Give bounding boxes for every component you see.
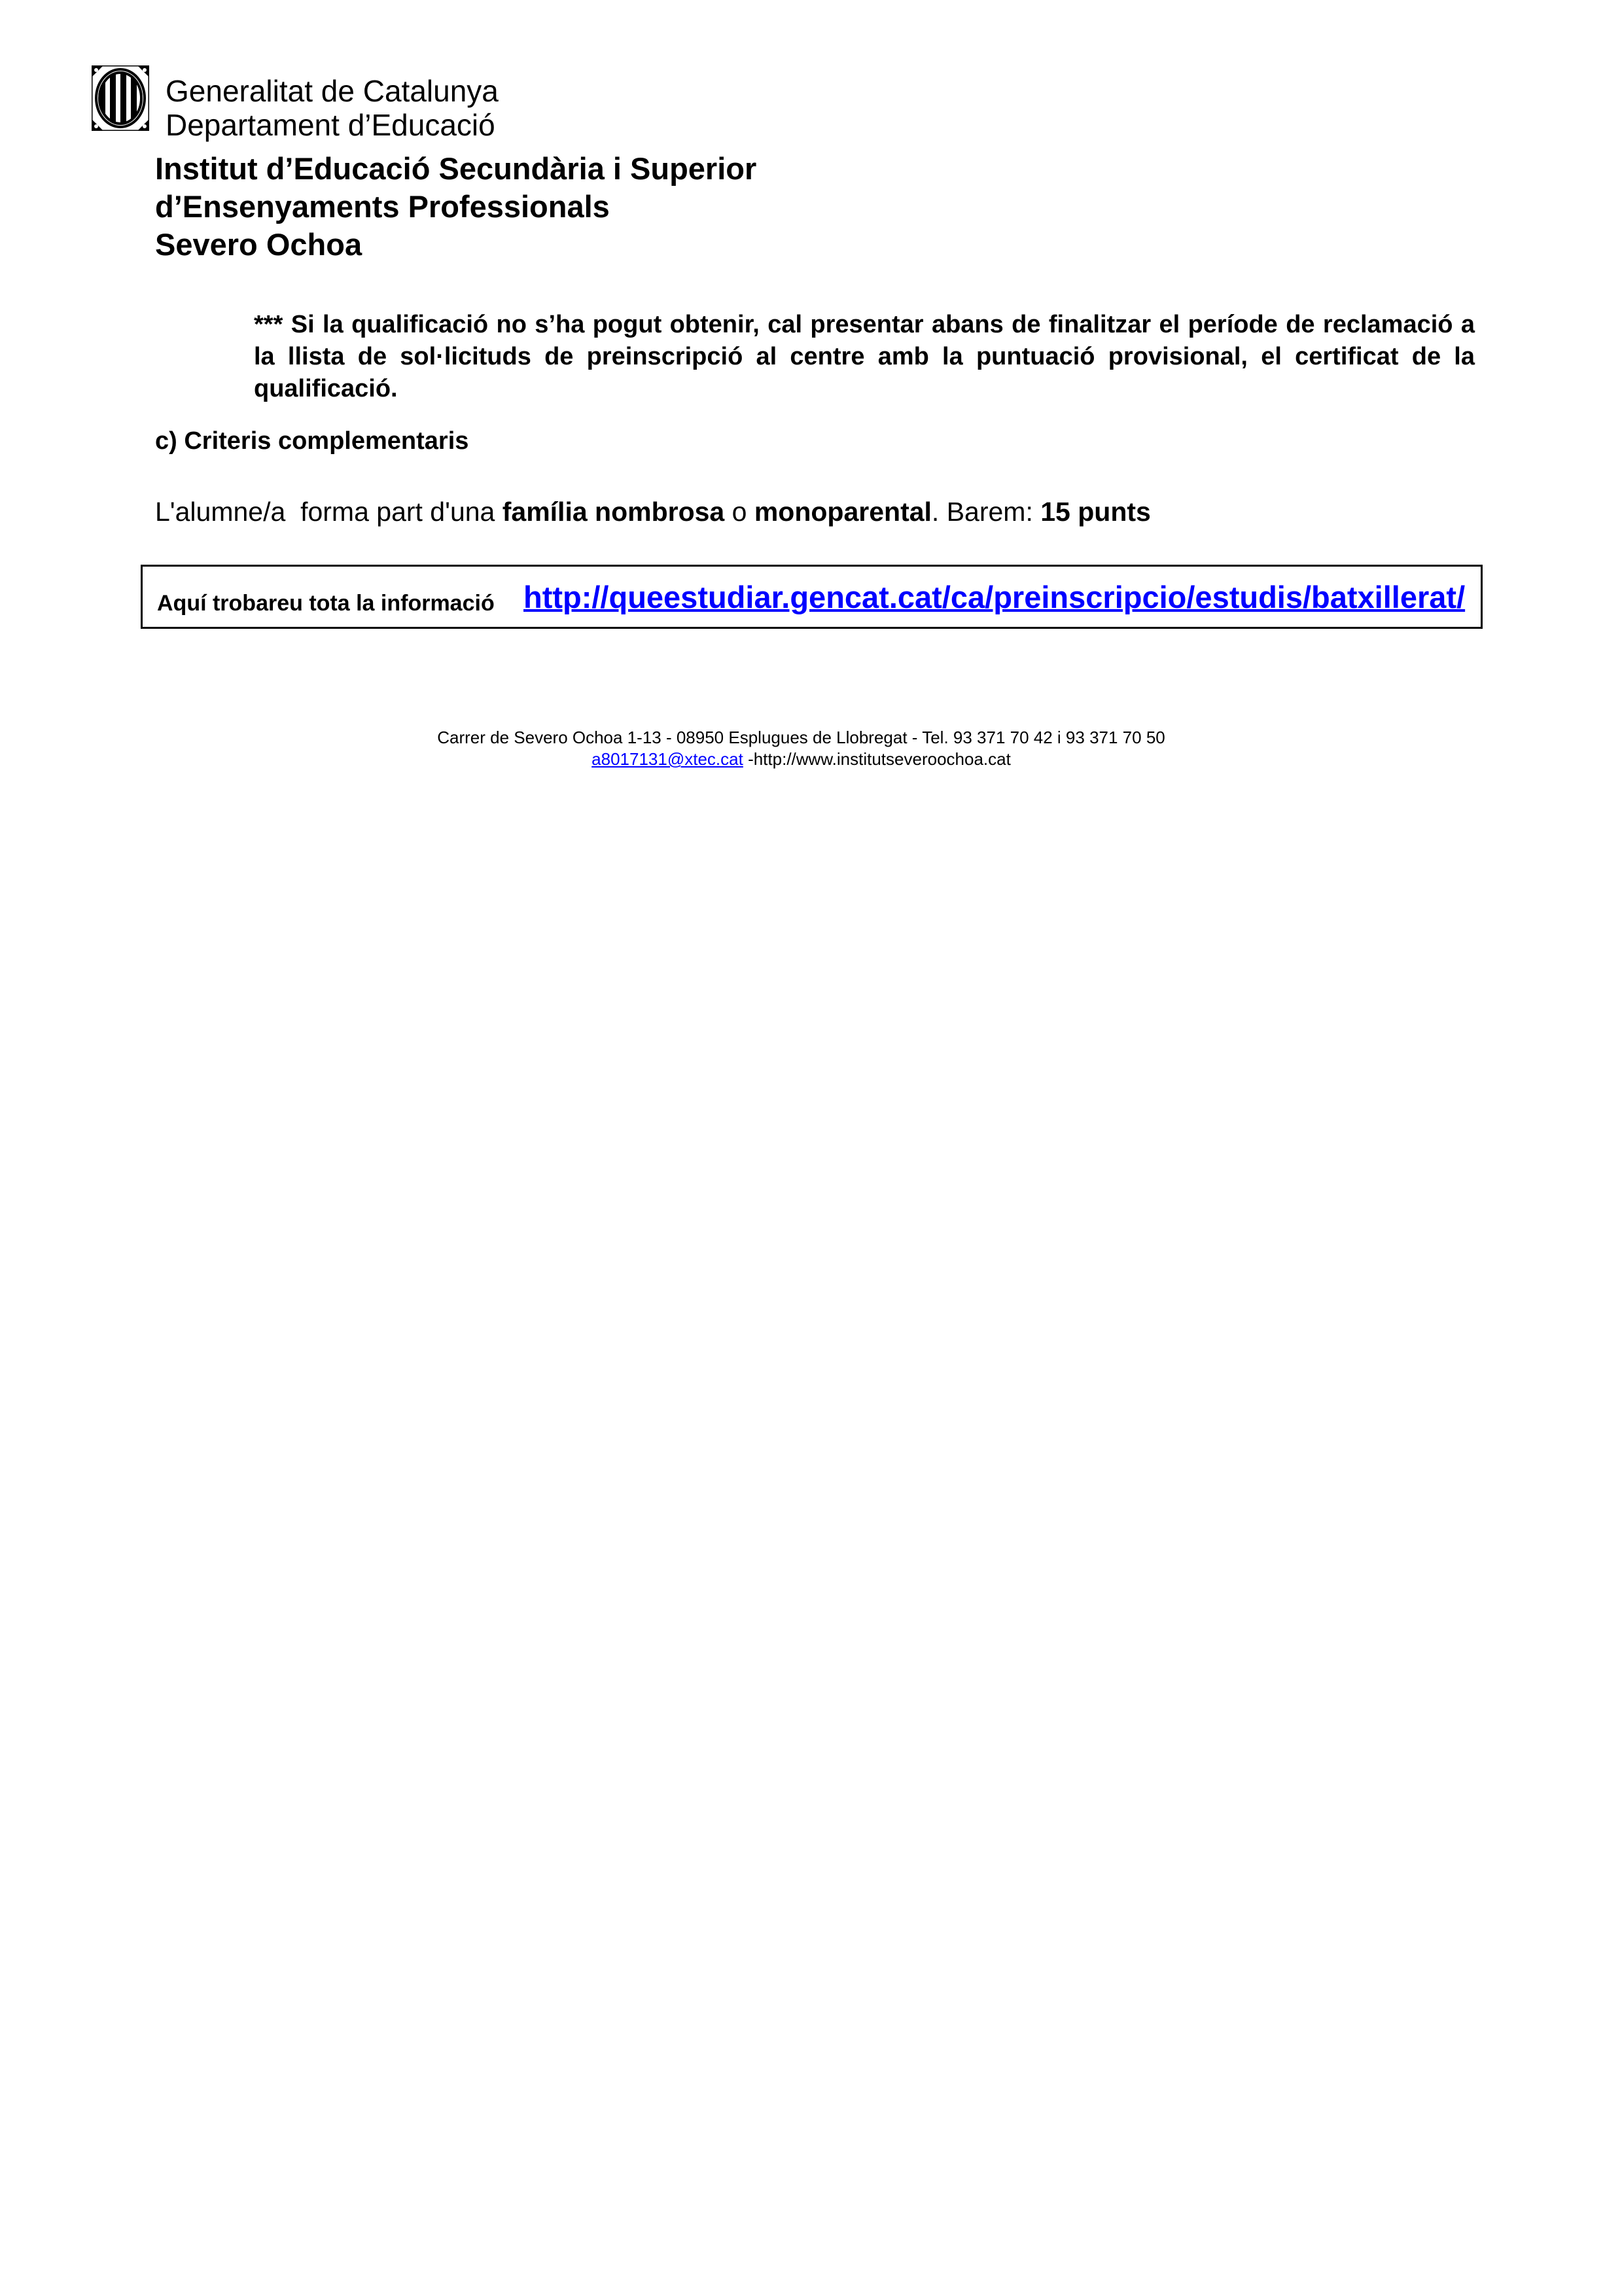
school-name-line: d’Ensenyaments Professionals: [155, 188, 756, 226]
footer-website: -http://www.institutseveroochoa.cat: [743, 749, 1011, 769]
info-box: Aquí trobareu tota la informació http://…: [141, 565, 1483, 629]
complementary-criterion: L'alumne/a forma part d'una família nomb…: [155, 495, 1151, 528]
government-name: Generalitat de Catalunya: [166, 76, 499, 106]
footer-address: Carrer de Severo Ochoa 1-13 - 08950 Espl…: [0, 727, 1622, 749]
qualification-note: *** Si la qualificació no s’ha pogut obt…: [254, 309, 1475, 405]
info-label: Aquí trobareu tota la informació: [157, 590, 495, 616]
criterion-scale-label: . Barem:: [932, 497, 1040, 527]
footer: Carrer de Severo Ochoa 1-13 - 08950 Espl…: [0, 727, 1622, 770]
criterion-large-family: família nombrosa: [502, 497, 724, 527]
criterion-single-parent: monoparental: [754, 497, 932, 527]
footer-email-link[interactable]: a8017131@xtec.cat: [591, 749, 743, 769]
school-name: Institut d’Educació Secundària i Superio…: [155, 150, 756, 264]
document-page: Generalitat de Catalunya Departament d’E…: [0, 0, 1622, 2296]
school-name-line: Institut d’Educació Secundària i Superio…: [155, 150, 756, 188]
school-name-line: Severo Ochoa: [155, 226, 756, 264]
section-title: c) Criteris complementaris: [155, 425, 468, 457]
generalitat-coat-of-arms-icon: [92, 65, 149, 131]
criterion-connector: o: [724, 497, 754, 527]
info-link[interactable]: http://queestudiar.gencat.cat/ca/preinsc…: [523, 580, 1465, 615]
criterion-points: 15 punts: [1040, 497, 1151, 527]
department-name: Departament d’Educació: [166, 110, 495, 140]
criterion-prefix: L'alumne/a forma part d'una: [155, 497, 502, 527]
footer-contact: a8017131@xtec.cat -http://www.institutse…: [0, 749, 1622, 770]
